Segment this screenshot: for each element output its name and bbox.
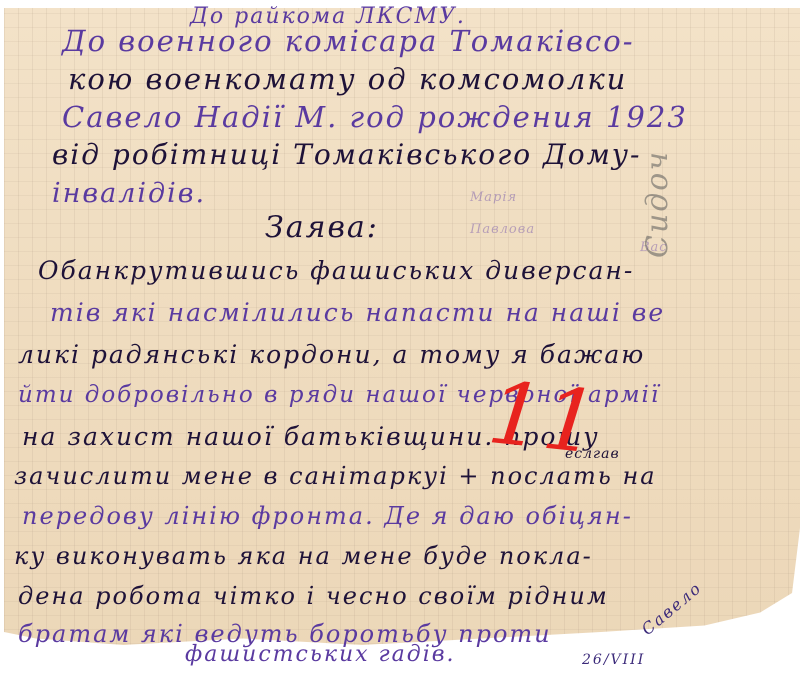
header-line-4: від робітниці Томаківського Дому- bbox=[52, 138, 642, 171]
header-line-5: інвалідів. bbox=[52, 178, 206, 209]
pencil-annotation: Сидоч bbox=[640, 150, 675, 258]
header-line-1: До военного комісара Томаківсо- bbox=[62, 24, 635, 58]
header-line-3: Савело Надії М. год рождения 1923 bbox=[62, 100, 688, 134]
bleed-through-1: Марія bbox=[470, 190, 517, 205]
red-mark-annotation: 11 bbox=[483, 370, 537, 472]
document-title: Заява: bbox=[265, 210, 379, 245]
body-line-3: ликі радянські кордони, а тому я бажаю bbox=[18, 340, 645, 369]
body-line-9: дена робота чітко і чесно своїм рідним bbox=[18, 582, 609, 610]
body-line-8: ку виконувать яка на мене буде покла- bbox=[14, 542, 593, 570]
bleed-through-2: Павлова bbox=[470, 222, 535, 237]
body-line-11: фашистських гадів. bbox=[185, 642, 456, 667]
header-line-2: кою военкомату од комсомолки bbox=[68, 62, 627, 96]
body-line-2: тів які насмілились напасти на наші ве bbox=[50, 298, 665, 327]
body-line-7: передову лінію фронта. Де я даю обіцян- bbox=[22, 502, 633, 530]
body-line-1: Обанкрутившись фашиських диверсан- bbox=[38, 256, 634, 285]
date: 26/VIII bbox=[582, 652, 645, 668]
